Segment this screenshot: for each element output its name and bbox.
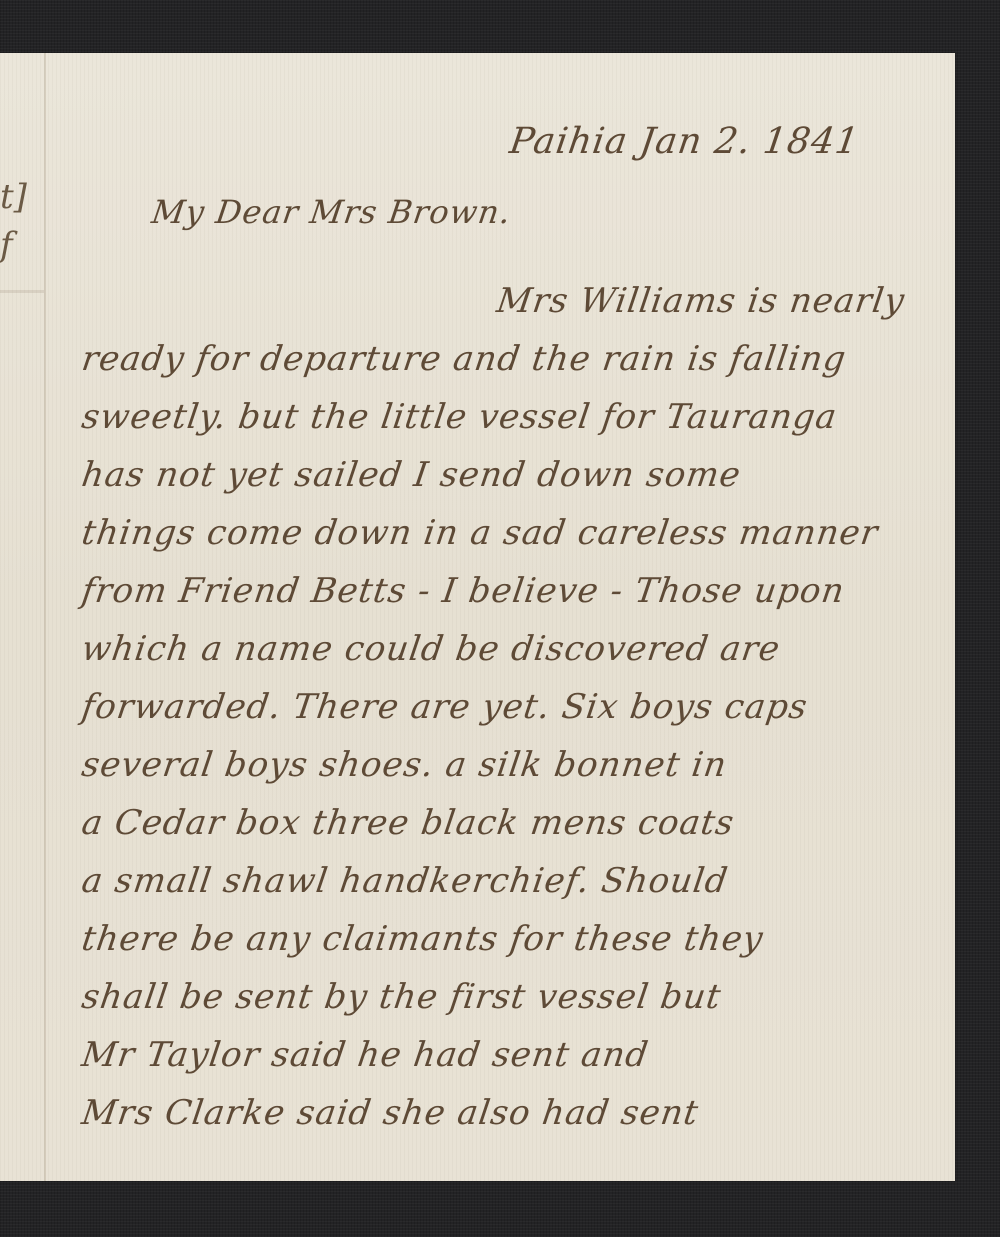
letter-line: Mrs Williams is nearly <box>494 281 907 321</box>
letter-page: t] f Paihia Jan 2. 1841 My Dear Mrs Brow… <box>0 53 955 1181</box>
fragment-text: f <box>0 221 40 269</box>
place-date: Paihia Jan 2. 1841 <box>507 121 862 162</box>
letter-line: a small shawl handkerchief. Should <box>79 861 731 901</box>
letter-line: Mr Taylor said he had sent and <box>79 1035 651 1075</box>
fold-crease-horizontal <box>0 290 44 293</box>
letter-line: there be any claimants for these they <box>79 919 766 959</box>
letter-line: Mrs Clarke said she also had sent <box>79 1093 701 1133</box>
letter-line: shall be sent by the first vessel but <box>79 977 724 1017</box>
letter-line: ready for departure and the rain is fall… <box>79 339 849 379</box>
letter-line: sweetly. but the little vessel for Taura… <box>79 397 840 437</box>
fragment-text: t] <box>0 173 40 221</box>
letter-line: several boys shoes. a silk bonnet in <box>79 745 730 785</box>
letter-line: forwarded. There are yet. Six boys caps <box>79 687 810 727</box>
fold-crease-vertical <box>44 53 46 1181</box>
letter-line: has not yet sailed I send down some <box>79 455 743 495</box>
salutation: My Dear Mrs Brown. <box>149 193 513 231</box>
letter-line: things come down in a sad careless manne… <box>79 513 881 553</box>
letter-line: which a name could be discovered are <box>79 629 783 669</box>
letter-line: a Cedar box three black mens coats <box>79 803 737 843</box>
previous-page-fragment: t] f <box>0 173 40 269</box>
letter-line: from Friend Betts - I believe - Those up… <box>79 571 847 611</box>
